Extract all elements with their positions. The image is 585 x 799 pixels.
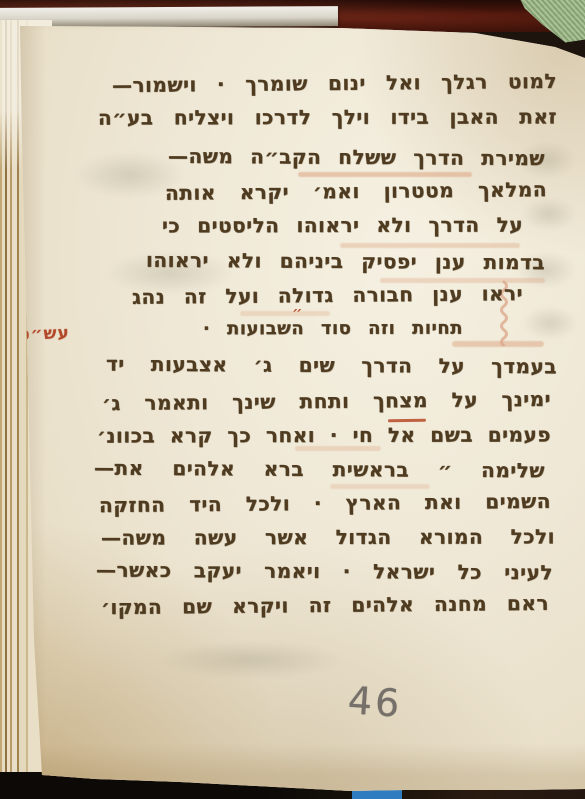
manuscript-line: שלימה ״ בראשית ברא אלהים את—: [94, 455, 545, 484]
manuscript-line: למוט רגלך ואל ינום שומרך · וישמור—: [112, 68, 557, 98]
manuscript-line: פעמים בשם אל חי · ואחר כך קרא בכוונ׳: [97, 421, 551, 448]
manuscript-line: לעיני כל ישראל · ויאמר יעקב כאשר—: [96, 557, 553, 586]
folio-number: 46: [347, 678, 404, 726]
manuscript-line: יראו ענן חבורה גדולה ועל זה נהג: [132, 280, 523, 310]
manuscript-line: ראם מחנה אלהים זה ויקרא שם המקו׳: [101, 590, 549, 620]
manuscript-line: בעמדך על הדרך שים ג׳ אצבעות יד: [106, 351, 557, 380]
manuscript-line: זאת האבן בידו וילך לדרכו ויצליח בע״ה: [98, 103, 557, 130]
text-block: למוט רגלך ואל ינום שומרך · וישמור— זאת ה…: [0, 0, 585, 799]
manuscript-line: ולכל המורא הגדול אשר עשה משה—: [101, 523, 555, 550]
manuscript-photo: למוט רגלך ואל ינום שומרך · וישמור— זאת ה…: [0, 0, 585, 799]
manuscript-line: בדמות ענן יפסיק ביניהם ולא יראוהו: [146, 247, 545, 275]
manuscript-line: השמים ואת הארץ · ולכל היד החזקה: [99, 488, 551, 518]
manuscript-page: למוט רגלך ואל ינום שומרך · וישמור— זאת ה…: [0, 0, 585, 799]
rubric-gershayim-mark: ״: [292, 303, 303, 321]
manuscript-line: ימינך על מצחך ותחת שינך ותאמר ג׳: [102, 386, 551, 416]
manuscript-line: המלאך מטטרון ואמ׳ יקרא אותה: [165, 176, 547, 206]
manuscript-line: תחיות וזה סוד השבועות ·: [203, 316, 463, 343]
manuscript-line: על הדרך ולא יראוהו הליסטים כי: [162, 212, 523, 239]
manuscript-line: שמירת הדרך ששלח הקב״ה משה—: [168, 143, 545, 171]
